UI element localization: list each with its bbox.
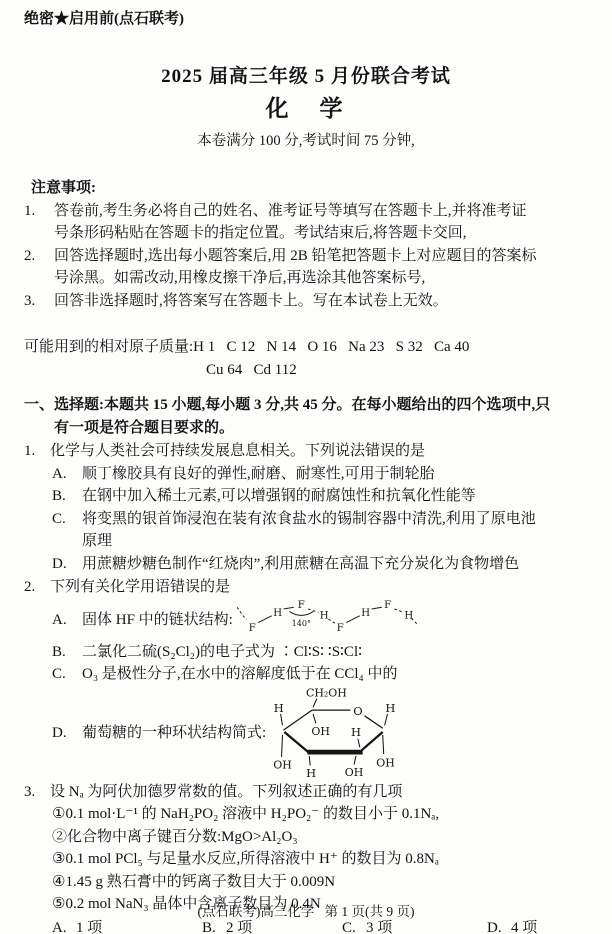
atom-f-label: F xyxy=(337,623,344,634)
hydroxyl-label: OH xyxy=(312,725,331,738)
question-1: 1. 化学与人类社会可持续发展息息相关。下列说法错误的是 xyxy=(24,440,588,463)
option-text: 顺丁橡胶具有良好的弹性,耐磨、耐寒性,可用于制轮胎 xyxy=(82,463,588,486)
atom-f-label: F xyxy=(298,600,305,611)
question-2-options: A. 固体 HF 中的链状结构: F H xyxy=(24,599,588,780)
atom-h-label: H xyxy=(273,608,282,619)
hydrogen-label: H xyxy=(274,701,284,715)
covalent-bond xyxy=(258,616,272,623)
option-row-a: A. 顺丁橡胶具有良好的弹性,耐磨、耐寒性,可用于制轮胎 xyxy=(52,463,588,486)
option-label: A. xyxy=(52,463,82,486)
page-footer: (点石联考)高三化学 第 1 页(共 9 页) xyxy=(0,902,612,922)
bond-angle-label: 140° xyxy=(291,619,310,628)
statement-4: ④1.45 g 熟石膏中的钙离子数目大于 0.009N xyxy=(52,871,588,894)
statement-3: ③0.1 mol PCl₅ 与足量水反应,所得溶液中 H⁺ 的数目为 0.8Nₐ xyxy=(52,848,588,871)
atom-h-label: H xyxy=(361,608,370,619)
note-item-1: 1. 答卷前,考生务必将自己的姓名、准考证号等填写在答题卡上,并将准考证号条形码… xyxy=(24,200,588,245)
hydroxyl-label: OH xyxy=(376,756,395,769)
ring-bond-front xyxy=(285,732,309,752)
question-1-options: A. 顺丁橡胶具有良好的弹性,耐磨、耐寒性,可用于制轮胎 B. 在钢中加入稀土元… xyxy=(24,463,588,576)
note-number: 3. xyxy=(24,290,54,313)
question-number: 2. xyxy=(24,576,50,599)
atom-h-label: H xyxy=(320,610,329,621)
option-row-d: D. 用蔗糖炒糖色制作“红烧肉”,利用蔗糖在高温下充分炭化为食物增色 xyxy=(52,553,588,576)
substituent-bond xyxy=(313,714,316,724)
question-3-statements: ①0.1 mol·L⁻¹ 的 NaH₂PO₂ 溶液中 H₂PO₂⁻ 的数目小于 … xyxy=(24,803,588,916)
hydrogen-bond xyxy=(237,607,246,620)
substituent-bond xyxy=(383,735,384,754)
substituent-bond xyxy=(354,756,356,765)
exam-info: 本卷满分 100 分,考试时间 75 分钟, xyxy=(24,131,588,153)
exam-title: 2025 届高三年级 5 月份联合考试 xyxy=(24,63,588,92)
atom-f-label: F xyxy=(384,600,391,611)
atom-f-label: F xyxy=(249,623,256,634)
option-row-b: B. 二氯化二硫(S₂Cl₂)的电子式为 ∶Cl∶S∶ ∶S∶Cl∶ xyxy=(52,641,588,664)
option-text: 固体 HF 中的链状结构: xyxy=(82,609,233,632)
bond-angle-arc xyxy=(289,611,313,615)
option-row-d: D. 葡萄糖的一种环状结构简式: xyxy=(52,686,588,780)
ring-bond-front xyxy=(362,732,383,750)
option-label: A. xyxy=(52,609,82,632)
substituent-bond xyxy=(313,698,317,707)
section-heading: 一、 选择题:本题共 15 小题,每小题 3 分,共 45 分。在每小题给出的四… xyxy=(24,394,588,439)
section-heading-text: 选择题:本题共 15 小题,每小题 3 分,共 45 分。在每小题给出的四个选项… xyxy=(54,394,562,439)
subject-title: 化 学 xyxy=(24,92,588,127)
atomic-masses-line2: Cu 64 Cd 112 xyxy=(206,359,588,382)
option-row-c: C. O₃ 是极性分子,在水中的溶解度低于在 CCl₄ 中的 xyxy=(52,663,588,686)
option-label: C. xyxy=(52,663,82,686)
note-item-3: 3. 回答非选择题时,将答案写在答题卡上。写在本试卷上无效。 xyxy=(24,290,588,313)
question-number: 1. xyxy=(24,440,50,463)
option-text: 用蔗糖炒糖色制作“红烧肉”,利用蔗糖在高温下充分炭化为食物增色 xyxy=(82,553,588,576)
ring-oxygen-label: O xyxy=(353,704,362,718)
question-3: 3. 设 Nₐ 为阿伏加德罗常数的值。下列叙述正确的有几项 xyxy=(24,781,588,804)
security-notice: 绝密★启用前(点石联考) xyxy=(24,8,588,31)
substituent-bond xyxy=(282,735,283,757)
hydrogen-label: H xyxy=(386,701,396,715)
hydrogen-bond xyxy=(328,619,335,623)
option-row-b: B. 在钢中加入稀土元素,可以增强钢的耐腐蚀性和抗氧化性能等 xyxy=(52,485,588,508)
ring-bond xyxy=(365,716,383,728)
hydrogen-bond xyxy=(394,609,403,612)
option-text: 葡萄糖的一种环状结构简式: xyxy=(82,722,266,745)
question-stem: 设 Nₐ 为阿伏加德罗常数的值。下列叙述正确的有几项 xyxy=(50,781,588,804)
substituent-bond xyxy=(385,714,388,725)
option-label: B. xyxy=(52,641,82,664)
hydroxyl-label: OH xyxy=(273,758,292,771)
atom-h-label: H xyxy=(404,610,413,621)
note-number: 1. xyxy=(24,200,54,223)
option-label: D. xyxy=(52,553,82,576)
covalent-bond xyxy=(371,607,381,609)
option-text: 将变黑的银首饰浸泡在装有浓食盐水的锡制容器中清洗,利用了原电池原理 xyxy=(82,508,544,553)
ring-bond xyxy=(284,710,313,730)
hf-chain-diagram: F H F H F H F H 140° xyxy=(237,599,419,641)
hydrogen-label: H xyxy=(306,766,316,780)
glucose-structure-diagram: CH₂OH H O H OH H OH H OH OH xyxy=(272,686,398,780)
exam-paper-page: 绝密★启用前(点石联考) 2025 届高三年级 5 月份联合考试 化 学 本卷满… xyxy=(0,0,612,934)
hydrogen-label: H xyxy=(351,725,361,739)
note-number: 2. xyxy=(24,245,54,268)
option-text: 在钢中加入稀土元素,可以增强钢的耐腐蚀性和抗氧化性能等 xyxy=(82,485,588,508)
hydroxyl-label: OH xyxy=(345,766,364,779)
option-text: O₃ 是极性分子,在水中的溶解度低于在 CCl₄ 中的 xyxy=(82,663,588,686)
notes-heading: 注意事项: xyxy=(24,177,588,200)
note-item-2: 2. 回答选择题时,选出每小题答案后,用 2B 铅笔把答题卡上对应题目的答案标号… xyxy=(24,245,588,290)
covalent-bond xyxy=(283,607,293,609)
option-label: D. xyxy=(52,722,82,745)
ch2oh-label: CH₂OH xyxy=(306,686,347,699)
substituent-bond xyxy=(309,756,310,766)
note-text: 回答选择题时,选出每小题答案后,用 2B 铅笔把答题卡上对应题目的答案标号涂黑。… xyxy=(54,245,540,290)
option-row-a: A. 固体 HF 中的链状结构: F H xyxy=(52,599,588,641)
option-label: B. xyxy=(52,485,82,508)
question-2: 2. 下列有关化学用语错误的是 xyxy=(24,576,588,599)
option-text: 二氯化二硫(S₂Cl₂)的电子式为 ∶Cl∶S∶ ∶S∶Cl∶ xyxy=(82,641,588,664)
question-number: 3. xyxy=(24,781,50,804)
question-stem: 化学与人类社会可持续发展息息相关。下列说法错误的是 xyxy=(50,440,588,463)
statement-1: ①0.1 mol·L⁻¹ 的 NaH₂PO₂ 溶液中 H₂PO₂⁻ 的数目小于 … xyxy=(52,803,588,826)
option-label: C. xyxy=(52,508,82,553)
substituent-bond xyxy=(358,738,360,747)
option-row-c: C. 将变黑的银首饰浸泡在装有浓食盐水的锡制容器中清洗,利用了原电池原理 xyxy=(52,508,588,553)
question-stem: 下列有关化学用语错误的是 xyxy=(50,576,588,599)
section-marker: 一、 xyxy=(24,394,54,439)
statement-2: ②化合物中离子键百分数:MgO>Al₂O₃ xyxy=(52,826,588,849)
note-text: 回答非选择题时,将答案写在答题卡上。写在本试卷上无效。 xyxy=(54,290,540,313)
substituent-bond xyxy=(281,714,283,725)
covalent-bond xyxy=(346,616,360,623)
note-text: 答卷前,考生务必将自己的姓名、准考证号等填写在答题卡上,并将准考证号条形码粘贴在… xyxy=(54,200,540,245)
atomic-masses-line1: 可能用到的相对原子质量:H 1 C 12 N 14 O 16 Na 23 S 3… xyxy=(24,336,588,359)
